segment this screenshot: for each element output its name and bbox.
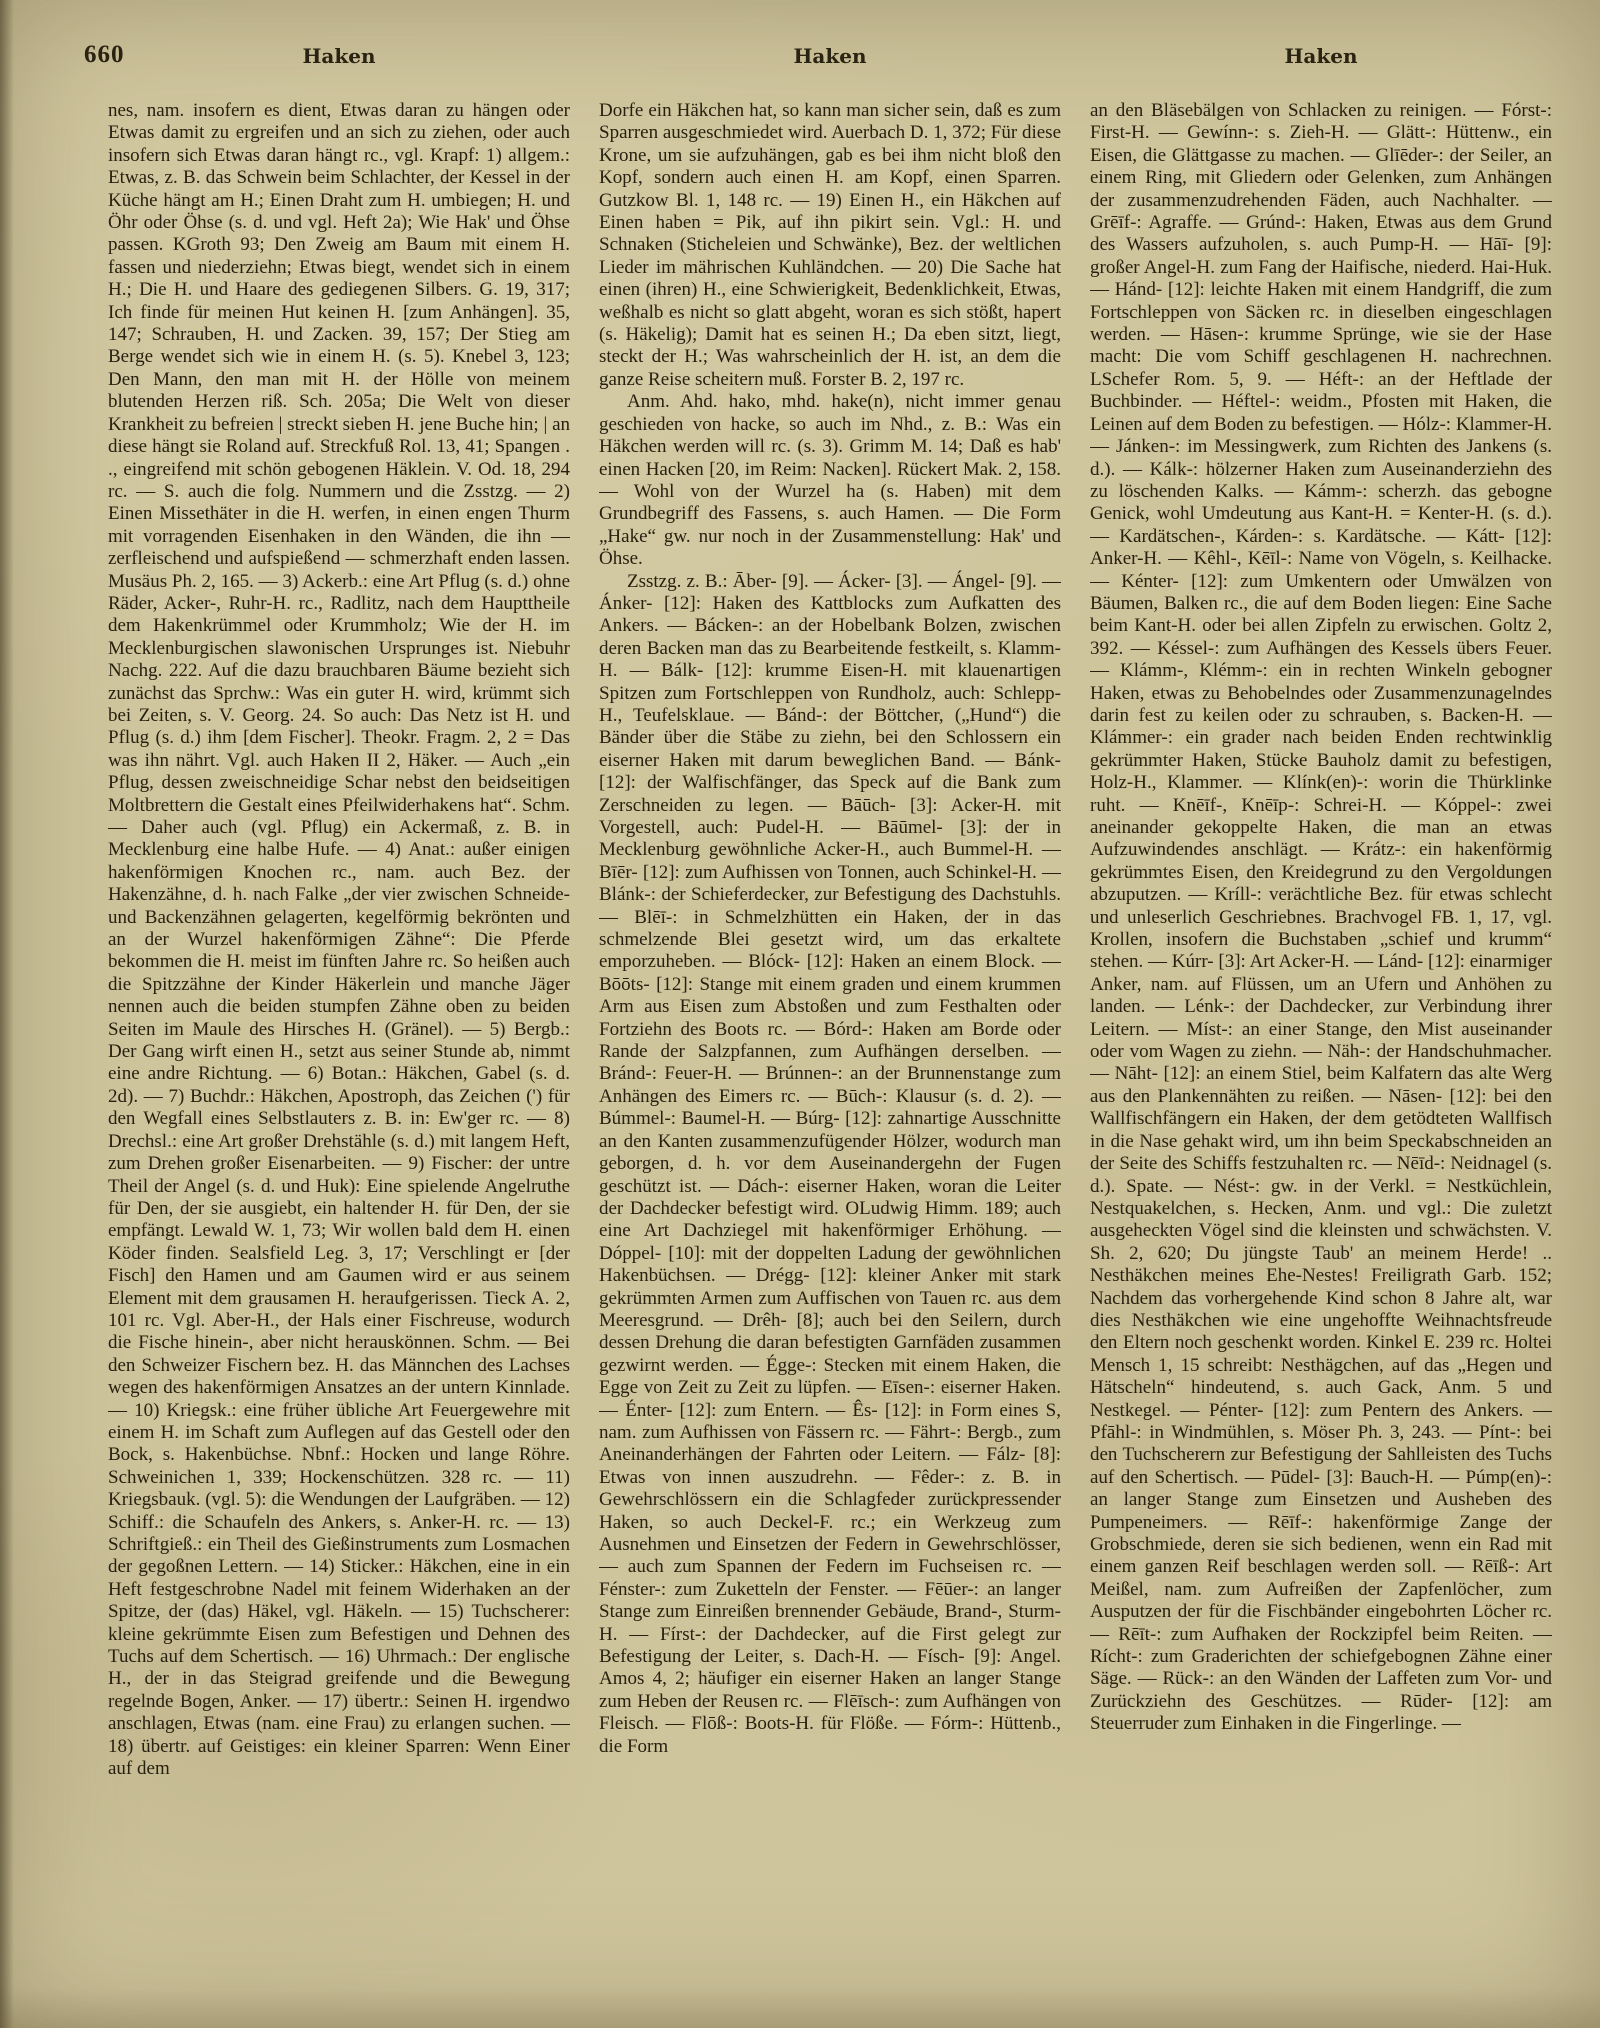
page-gutter-shadow: [0, 0, 14, 2028]
running-head-column-2: Haken: [599, 46, 1061, 66]
paragraph: Dorfe ein Häkchen hat, so kann man siche…: [599, 100, 1061, 391]
scanned-dictionary-page: 660 Haken Haken Haken nes, nam. insofern…: [0, 0, 1600, 2028]
running-head-column-3: Haken: [1090, 46, 1552, 66]
paragraph: an den Bläsebälgen von Schlacken zu rein…: [1090, 100, 1552, 1736]
paragraph: Zsstzg. z. B.: Āber- [9]. — Ácker- [3]. …: [599, 571, 1061, 1759]
text-column-1: nes, nam. insofern es dient, Etwas daran…: [108, 100, 570, 1900]
page-bottom-shade: [0, 1988, 1600, 2028]
running-head-column-1: Haken: [108, 46, 570, 66]
paragraph: nes, nam. insofern es dient, Etwas daran…: [108, 100, 570, 1780]
text-columns: nes, nam. insofern es dient, Etwas daran…: [108, 100, 1552, 1900]
paragraph: Anm. Ahd. hako, mhd. hake(n), nicht imme…: [599, 391, 1061, 570]
text-column-2: Dorfe ein Häkchen hat, so kann man siche…: [599, 100, 1061, 1900]
text-column-3: an den Bläsebälgen von Schlacken zu rein…: [1090, 100, 1552, 1900]
